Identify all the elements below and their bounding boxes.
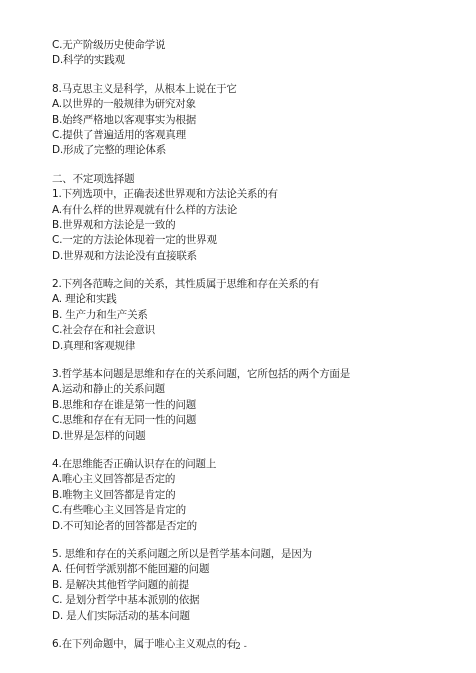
block-q7-tail: C.无产阶级历史使命学说 D.科学的实践观 — [52, 38, 452, 69]
option-a: A.唯心主义回答都是否定的 — [52, 472, 452, 487]
option-d: D.形成了完整的理论体系 — [52, 143, 452, 158]
option-d: D.世界是怎样的问题 — [52, 429, 452, 444]
section-2-question-1: 二、不定项选择题 1.下列选项中，正确表述世界观和方法论关系的有 A.有什么样的… — [52, 172, 452, 264]
option-d: D.世界观和方法论没有直接联系 — [52, 249, 452, 264]
option-b: B.始终严格地以客观事实为根据 — [52, 113, 452, 128]
question-5: 5. 思维和存在的关系问题之所以是哲学基本问题，是因为 A. 任何哲学派别都不能… — [52, 547, 452, 624]
option-d: D.科学的实践观 — [52, 53, 452, 68]
option-a: A.有什么样的世界观就有什么样的方法论 — [52, 203, 452, 218]
option-a: A.运动和静止的关系问题 — [52, 382, 452, 397]
option-a: A.以世界的一般规律为研究对象 — [52, 97, 452, 112]
option-c: C.一定的方法论体现着一定的世界观 — [52, 233, 452, 248]
option-c: C.有些唯心主义回答是肯定的 — [52, 503, 452, 518]
question-stem: 8.马克思主义是科学，从根本上说在于它 — [52, 82, 452, 97]
option-b: B. 是解决其他哲学问题的前提 — [52, 578, 452, 593]
option-c: C.提供了普遍适用的客观真理 — [52, 128, 452, 143]
question-3: 3.哲学基本问题是思维和存在的关系问题，它所包括的两个方面是 A.运动和静止的关… — [52, 367, 452, 444]
option-c: C.思维和存在有无同一性的问题 — [52, 413, 452, 428]
question-stem: 5. 思维和存在的关系问题之所以是哲学基本问题，是因为 — [52, 547, 452, 562]
option-b: B. 生产力和生产关系 — [52, 308, 452, 323]
option-b: B.唯物主义回答都是肯定的 — [52, 488, 452, 503]
question-stem: 2.下列各范畴之间的关系，其性质属于思维和存在关系的有 — [52, 277, 452, 292]
option-d: D.不可知论者的回答都是否定的 — [52, 519, 452, 534]
section-heading: 二、不定项选择题 — [52, 172, 452, 187]
option-d: D.真理和客观规律 — [52, 339, 452, 354]
option-b: B.思维和存在谁是第一性的问题 — [52, 398, 452, 413]
option-d: D. 是人们实际活动的基本问题 — [52, 609, 452, 624]
question-stem: 3.哲学基本问题是思维和存在的关系问题，它所包括的两个方面是 — [52, 367, 452, 382]
option-c: C. 是划分哲学中基本派别的依据 — [52, 593, 452, 608]
option-a: A. 理论和实践 — [52, 292, 452, 307]
option-c: C.无产阶级历史使命学说 — [52, 38, 452, 53]
page-number: - 2 - — [0, 642, 476, 652]
question-stem: 4.在思维能否正确认识存在的问题上 — [52, 457, 452, 472]
question-8: 8.马克思主义是科学，从根本上说在于它 A.以世界的一般规律为研究对象 B.始终… — [52, 82, 452, 159]
document-page: C.无产阶级历史使命学说 D.科学的实践观 8.马克思主义是科学，从根本上说在于… — [52, 38, 452, 652]
question-stem: 1.下列选项中，正确表述世界观和方法论关系的有 — [52, 187, 452, 202]
option-b: B.世界观和方法论是一致的 — [52, 218, 452, 233]
option-a: A. 任何哲学派别都不能回避的问题 — [52, 562, 452, 577]
question-2: 2.下列各范畴之间的关系，其性质属于思维和存在关系的有 A. 理论和实践 B. … — [52, 277, 452, 354]
option-c: C.社会存在和社会意识 — [52, 323, 452, 338]
question-4: 4.在思维能否正确认识存在的问题上 A.唯心主义回答都是否定的 B.唯物主义回答… — [52, 457, 452, 534]
